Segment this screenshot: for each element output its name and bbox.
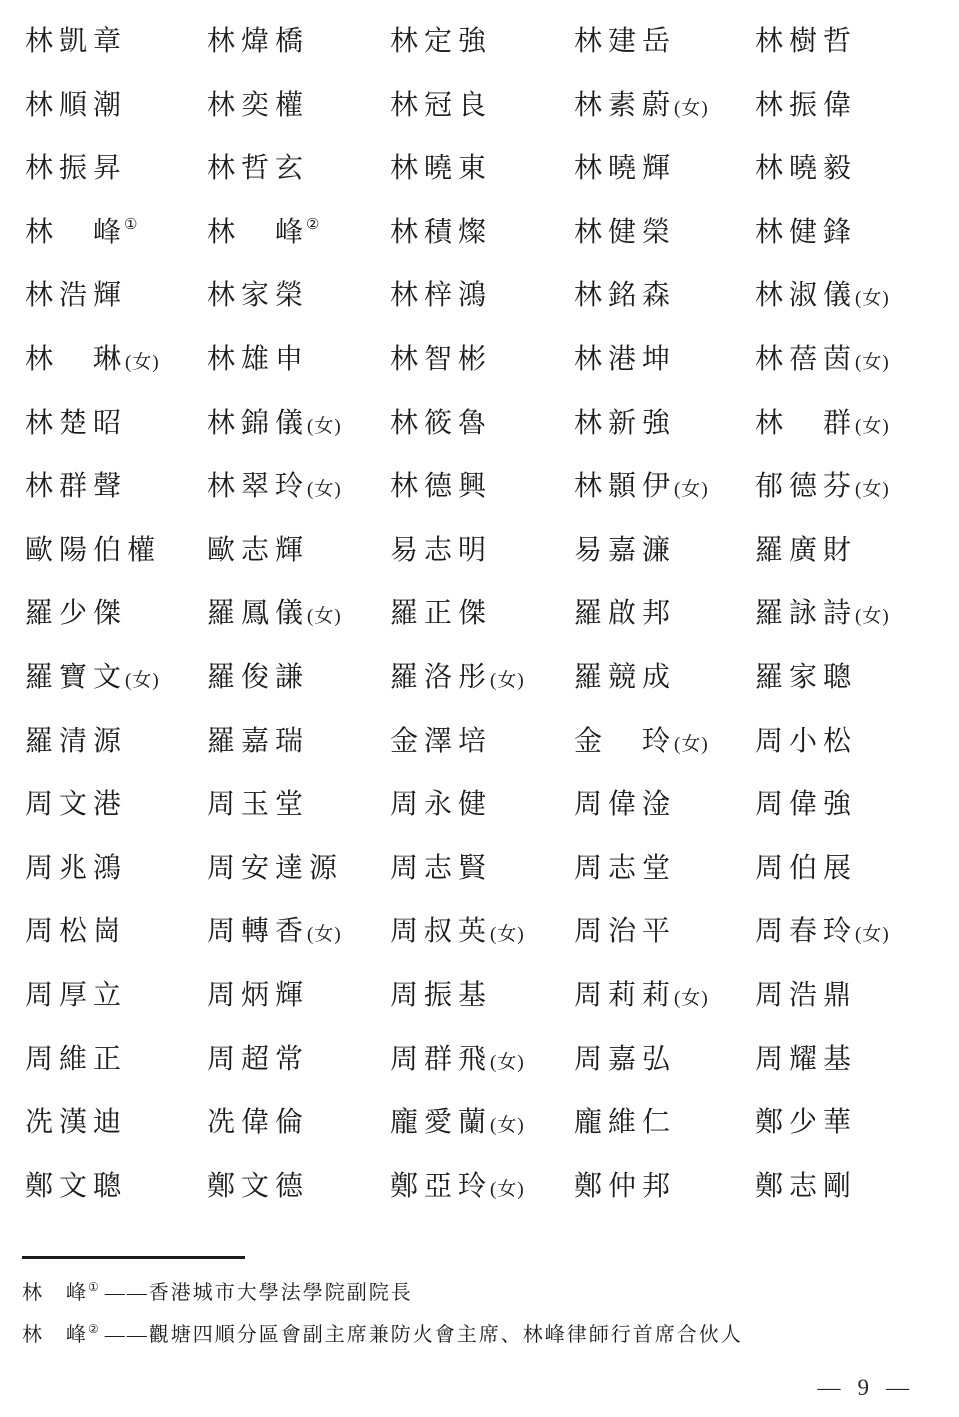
person-name-text: 羅啟邦 [574,598,676,629]
person-name-text: 林凱章 [25,26,127,57]
person-name: 鄭文聰 [25,1169,207,1205]
person-name-text: 羅廣財 [755,535,857,566]
person-name-text: 羅鳳儀 [207,598,309,629]
person-name: 林筱魯 [390,406,574,442]
person-name: 羅競成 [574,660,755,696]
person-name-text: 林健榮 [574,217,676,248]
person-name: 林健榮 [574,215,755,251]
person-name-text: 林銘森 [574,280,676,311]
person-name-text: 林 峰 [207,217,309,248]
person-name-text: 周文港 [25,789,127,820]
person-name: 鄭文德 [207,1169,390,1205]
person-name-text: 周偉強 [755,789,857,820]
female-label: (女) [855,924,890,945]
person-name-text: 林浩輝 [25,280,127,311]
female-label: (女) [490,1115,525,1136]
footnote-line: 林 峰②——觀塘四順分區會副主席兼防火會主席、林峰律師行首席合伙人 [22,1322,959,1350]
person-name-text: 林翠玲 [207,471,309,502]
footnote-marker: ① [88,1280,99,1294]
person-name: 林樹哲 [755,24,959,60]
person-name-text: 林煒橋 [207,26,309,57]
person-name-text: 林定強 [390,26,492,57]
person-name-text: 林群聲 [25,471,127,502]
person-name-text: 鄭文德 [207,1171,309,1202]
person-name: 周安達源 [207,851,390,887]
female-label: (女) [674,988,709,1009]
footnote-line: 林 峰①——香港城市大學法學院副院長 [22,1280,959,1308]
person-name: 周治平 [574,914,755,950]
footnote-text: ——香港城市大學法學院副院長 [105,1282,413,1304]
person-name: 林 琳(女) [25,342,207,381]
person-name: 周志堂 [574,851,755,887]
person-name: 林 峰① [25,215,207,255]
person-name: 林翠玲(女) [207,469,390,508]
person-name-text: 林健鋒 [755,217,857,248]
person-name-text: 冼漢迪 [25,1107,127,1138]
person-name: 周文港 [25,787,207,823]
female-label: (女) [490,1052,525,1073]
person-name-text: 林淑儀 [755,280,857,311]
person-name: 周莉莉(女) [574,978,755,1017]
person-name-text: 林振昇 [25,153,127,184]
person-name: 易嘉濂 [574,533,755,569]
person-name-text: 林曉東 [390,153,492,184]
person-name-text: 羅洛彤 [390,662,492,693]
person-name: 林煒橋 [207,24,390,60]
person-name-text: 林梓鴻 [390,280,492,311]
person-name: 林積燦 [390,215,574,251]
person-name: 林建岳 [574,24,755,60]
person-name-text: 鄭志剛 [755,1171,857,1202]
person-name: 周兆鴻 [25,851,207,887]
person-name: 金澤培 [390,724,574,760]
person-name-text: 林港坤 [574,344,676,375]
page-footer: — 9 — [818,1375,910,1401]
person-name-text: 羅競成 [574,662,676,693]
person-name: 羅家聰 [755,660,959,696]
person-name-text: 周叔英 [390,916,492,947]
person-name-text: 林建岳 [574,26,676,57]
person-name: 易志明 [390,533,574,569]
person-name: 周群飛(女) [390,1042,574,1081]
female-label: (女) [307,416,342,437]
person-name: 林浩輝 [25,278,207,314]
person-name-text: 林曉毅 [755,153,857,184]
person-name-text: 林錦儀 [207,408,309,439]
page-number: 9 [858,1375,870,1401]
person-name: 周伯展 [755,851,959,887]
person-name: 周偉強 [755,787,959,823]
person-name: 林曉東 [390,151,574,187]
person-name: 郁德芬(女) [755,469,959,508]
person-name-text: 林曉輝 [574,153,676,184]
female-label: (女) [674,479,709,500]
footer-right-dash: — [886,1375,909,1401]
person-name-text: 羅嘉瑞 [207,726,309,757]
female-label: (女) [125,352,160,373]
person-name-text: 羅詠詩 [755,598,857,629]
person-name-text: 林積燦 [390,217,492,248]
person-name: 林楚昭 [25,406,207,442]
footnotes: 林 峰①——香港城市大學法學院副院長林 峰②——觀塘四順分區會副主席兼防火會主席… [22,1256,959,1364]
footnote-marker: ① [124,217,137,233]
person-name-text: 周振基 [390,980,492,1011]
person-name: 林凱章 [25,24,207,60]
person-name: 鄭仲邦 [574,1169,755,1205]
person-name-text: 羅寶文 [25,662,127,693]
person-name: 周春玲(女) [755,914,959,953]
person-name-text: 林哲玄 [207,153,309,184]
person-name: 林港坤 [574,342,755,378]
person-name-text: 羅少傑 [25,598,127,629]
person-name-text: 周轉香 [207,916,309,947]
person-name: 周志賢 [390,851,574,887]
footnote-marker: ② [88,1322,99,1336]
person-name-text: 周兆鴻 [25,853,127,884]
person-name: 林顥伊(女) [574,469,755,508]
person-name-text: 歐陽伯權 [25,535,161,566]
person-name-text: 周安達源 [207,853,343,884]
person-name-text: 周群飛 [390,1044,492,1075]
person-name-text: 周志堂 [574,853,676,884]
person-name: 金 玲(女) [574,724,755,763]
person-name: 林群聲 [25,469,207,505]
female-label: (女) [855,606,890,627]
footnote-text: ——觀塘四順分區會副主席兼防火會主席、林峰律師行首席合伙人 [105,1324,743,1346]
person-name-text: 羅俊謙 [207,662,309,693]
female-label: (女) [855,352,890,373]
person-name-text: 金 玲 [574,726,676,757]
female-label: (女) [307,479,342,500]
person-name-text: 周小松 [755,726,857,757]
person-name: 羅俊謙 [207,660,390,696]
person-name-text: 龐維仁 [574,1107,676,1138]
person-name: 周小松 [755,724,959,760]
person-name: 林錦儀(女) [207,406,390,445]
footnote-person-name: 林 峰 [22,1324,88,1346]
person-name-text: 林振偉 [755,90,857,121]
person-name: 林淑儀(女) [755,278,959,317]
person-name: 龐維仁 [574,1105,755,1141]
person-name-text: 周莉莉 [574,980,676,1011]
person-name: 林素蔚(女) [574,88,755,127]
person-name: 林健鋒 [755,215,959,251]
person-name: 周浩鼎 [755,978,959,1014]
person-name: 周偉淦 [574,787,755,823]
person-name: 歐陽伯權 [25,533,207,569]
person-name: 鄭志剛 [755,1169,959,1205]
person-name: 羅廣財 [755,533,959,569]
person-name-text: 龐愛蘭 [390,1107,492,1138]
female-label: (女) [674,98,709,119]
person-name-text: 鄭少華 [755,1107,857,1138]
person-name-text: 羅清源 [25,726,127,757]
person-name: 周玉堂 [207,787,390,823]
person-name-text: 林樹哲 [755,26,857,57]
person-name: 羅嘉瑞 [207,724,390,760]
person-name-text: 周偉淦 [574,789,676,820]
person-name-text: 鄭亞玲 [390,1171,492,1202]
person-name: 林振昇 [25,151,207,187]
person-name-text: 周治平 [574,916,676,947]
person-name-text: 林 琳 [25,344,127,375]
person-name: 林順潮 [25,88,207,124]
person-name-text: 羅正傑 [390,598,492,629]
person-name-text: 林奕權 [207,90,309,121]
person-name: 歐志輝 [207,533,390,569]
person-name-text: 林雄申 [207,344,309,375]
footnote-person-name: 林 峰 [22,1282,88,1304]
person-name: 林冠良 [390,88,574,124]
person-name: 林定強 [390,24,574,60]
person-name-text: 周志賢 [390,853,492,884]
person-name-text: 周炳輝 [207,980,309,1011]
person-name-text: 周厚立 [25,980,127,1011]
person-name-text: 金澤培 [390,726,492,757]
person-name: 林哲玄 [207,151,390,187]
person-name: 林德興 [390,469,574,505]
person-name: 羅詠詩(女) [755,596,959,635]
person-name-text: 林家榮 [207,280,309,311]
female-label: (女) [490,1179,525,1200]
person-name-text: 易志明 [390,535,492,566]
person-name: 羅正傑 [390,596,574,632]
person-name-text: 林智彬 [390,344,492,375]
person-name: 周轉香(女) [207,914,390,953]
person-name-text: 周超常 [207,1044,309,1075]
footer-left-dash: — [818,1375,841,1401]
person-name-text: 周玉堂 [207,789,309,820]
person-name-text: 歐志輝 [207,535,309,566]
person-name-text: 林顥伊 [574,471,676,502]
person-name-text: 冼偉倫 [207,1107,309,1138]
female-label: (女) [855,288,890,309]
person-name: 林雄申 [207,342,390,378]
person-name-text: 林冠良 [390,90,492,121]
female-label: (女) [307,606,342,627]
person-name: 周維正 [25,1042,207,1078]
person-name-text: 鄭仲邦 [574,1171,676,1202]
person-name-text: 周永健 [390,789,492,820]
person-name: 周永健 [390,787,574,823]
person-name: 林曉毅 [755,151,959,187]
person-name-text: 鄭文聰 [25,1171,127,1202]
person-name-text: 周松崗 [25,916,127,947]
person-name: 鄭亞玲(女) [390,1169,574,1208]
person-name-text: 周浩鼎 [755,980,857,1011]
person-name: 鄭少華 [755,1105,959,1141]
person-name: 龐愛蘭(女) [390,1105,574,1144]
footnote-rule [22,1256,245,1259]
person-name: 羅啟邦 [574,596,755,632]
female-label: (女) [855,416,890,437]
person-name: 林奕權 [207,88,390,124]
person-name: 羅清源 [25,724,207,760]
person-name: 羅少傑 [25,596,207,632]
person-name: 周超常 [207,1042,390,1078]
person-name: 林新強 [574,406,755,442]
female-label: (女) [855,479,890,500]
person-name-text: 林順潮 [25,90,127,121]
person-name: 周耀基 [755,1042,959,1078]
name-grid: 林凱章林煒橋林定強林建岳林樹哲林順潮林奕權林冠良林素蔚(女)林振偉林振昇林哲玄林… [25,24,959,1232]
female-label: (女) [674,734,709,755]
person-name-text: 林筱魯 [390,408,492,439]
person-name-text: 林 峰 [25,217,127,248]
document-page: 林凱章林煒橋林定強林建岳林樹哲林順潮林奕權林冠良林素蔚(女)林振偉林振昇林哲玄林… [0,0,959,1417]
female-label: (女) [125,670,160,691]
footnote-lines: 林 峰①——香港城市大學法學院副院長林 峰②——觀塘四順分區會副主席兼防火會主席… [22,1280,959,1350]
person-name-text: 林新強 [574,408,676,439]
person-name: 林 峰② [207,215,390,255]
person-name: 林智彬 [390,342,574,378]
person-name-text: 林素蔚 [574,90,676,121]
person-name: 林銘森 [574,278,755,314]
person-name: 林蓓茵(女) [755,342,959,381]
person-name-text: 林 群 [755,408,857,439]
person-name-text: 周春玲 [755,916,857,947]
person-name-text: 羅家聰 [755,662,857,693]
person-name: 林梓鴻 [390,278,574,314]
person-name-text: 郁德芬 [755,471,857,502]
person-name: 冼漢迪 [25,1105,207,1141]
person-name: 羅鳳儀(女) [207,596,390,635]
female-label: (女) [307,924,342,945]
person-name: 周松崗 [25,914,207,950]
person-name: 林曉輝 [574,151,755,187]
person-name-text: 易嘉濂 [574,535,676,566]
person-name: 周厚立 [25,978,207,1014]
person-name: 林 群(女) [755,406,959,445]
person-name: 羅洛彤(女) [390,660,574,699]
person-name-text: 林德興 [390,471,492,502]
person-name-text: 周耀基 [755,1044,857,1075]
female-label: (女) [490,924,525,945]
person-name: 羅寶文(女) [25,660,207,699]
person-name-text: 周維正 [25,1044,127,1075]
footnote-marker: ② [306,217,319,233]
person-name-text: 周伯展 [755,853,857,884]
person-name: 冼偉倫 [207,1105,390,1141]
person-name: 林家榮 [207,278,390,314]
person-name: 林振偉 [755,88,959,124]
female-label: (女) [490,670,525,691]
person-name-text: 林楚昭 [25,408,127,439]
person-name: 周叔英(女) [390,914,574,953]
person-name: 周炳輝 [207,978,390,1014]
person-name: 周振基 [390,978,574,1014]
person-name-text: 周嘉弘 [574,1044,676,1075]
person-name-text: 林蓓茵 [755,344,857,375]
person-name: 周嘉弘 [574,1042,755,1078]
